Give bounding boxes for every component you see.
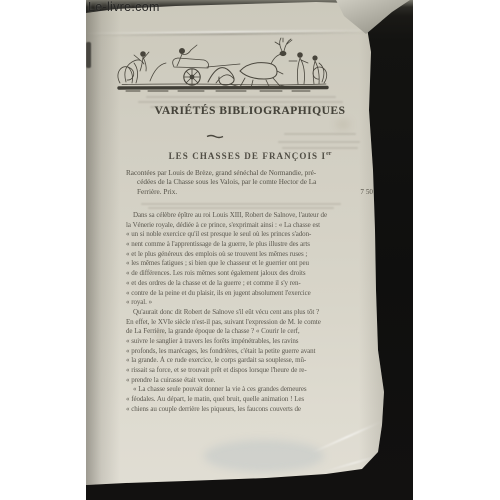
- body-line: « suivre le sanglier à travers les forêt…: [126, 337, 375, 347]
- bleedthrough-line: [148, 207, 334, 209]
- body-line: « la grande. À ce rude exercice, le corp…: [126, 356, 375, 366]
- bleedthrough-line: [146, 96, 336, 98]
- body-line: « contre de la peine et du plaisir, ils …: [126, 289, 375, 299]
- body-line: « et le plus généreux des emplois où se …: [126, 250, 375, 260]
- reference-line: Racontées par Louis de Brèze, grand séné…: [126, 169, 375, 178]
- reference-line: Ferrière. Prix. 7 50: [126, 188, 375, 197]
- spine-edge-mark: [86, 42, 91, 68]
- body-line: Qu'aurait donc dit Robert de Salnove s'i…: [126, 308, 375, 318]
- body-line: « de différences. Les rois mêmes sont ég…: [126, 269, 375, 279]
- bleedthrough-line: [278, 141, 360, 143]
- bleedthrough-line: [141, 203, 341, 205]
- bibliographic-reference: Racontées par Louis de Brèze, grand séné…: [126, 169, 375, 197]
- body-line: Dans sa célèbre épître au roi Louis XIII…: [126, 211, 375, 221]
- book-page-photo: VARIÉTÉS BIBLIOGRAPHIQUES LES CHASSES DE…: [86, 0, 413, 500]
- article-title: LES CHASSES DE FRANÇOIS Ier: [126, 151, 374, 161]
- reference-line: cédées de la Chasse sous les Valois, par…: [126, 178, 375, 187]
- article-body: Dans sa célèbre épître au roi Louis XIII…: [126, 211, 375, 414]
- typographic-dash-icon: [206, 134, 224, 139]
- body-line: « et des ordres de la chasse et de la gu…: [126, 279, 375, 289]
- reference-line-text: Ferrière. Prix.: [137, 188, 177, 197]
- listing-photo-canvas: VARIÉTÉS BIBLIOGRAPHIQUES LES CHASSES DE…: [0, 0, 500, 500]
- body-line: « rissait sa force, et se trouvait prêt …: [126, 366, 375, 376]
- price-label: 7 50: [360, 188, 375, 197]
- watermark-text: Le-livre.com: [88, 0, 160, 14]
- body-line: « féodales. Au départ, le matin, quel br…: [126, 395, 375, 405]
- body-line: « un si noble exercice qu'il est presque…: [126, 230, 375, 240]
- article-title-ordinal: er: [326, 151, 331, 157]
- body-line: « La chasse seule pouvait donner la vie …: [126, 385, 375, 395]
- hunting-chariot-engraving-icon: [112, 37, 334, 95]
- paper-stain: [204, 440, 324, 472]
- corner-crease: [311, 420, 383, 454]
- body-line: de La Ferrière, la grande époque de la c…: [126, 327, 375, 337]
- bleedthrough-line: [282, 147, 358, 149]
- corner-crease-2: [323, 453, 385, 473]
- body-line: « les mêmes fatigues ; si bien que le ch…: [126, 259, 375, 269]
- body-line: « nent comme à l'apprentissage de la gue…: [126, 240, 375, 250]
- masthead-title: VARIÉTÉS BIBLIOGRAPHIQUES: [126, 105, 374, 117]
- bleedthrough-line: [138, 101, 343, 103]
- body-line: la Vénerie royale, dédiée à ce prince, s…: [126, 221, 375, 231]
- body-line: « prendre la cuirasse était venue.: [126, 376, 375, 386]
- body-line: « profonds, les marécages, les fondrière…: [126, 347, 375, 357]
- body-line: « royal. »: [126, 298, 375, 308]
- foxing-dot-2: [336, 120, 350, 129]
- body-line: « chiens au couple derrière les piqueurs…: [126, 405, 375, 415]
- body-line: En effet, le XVIe siècle n'est-il pas, s…: [126, 318, 375, 328]
- paper-page: VARIÉTÉS BIBLIOGRAPHIQUES LES CHASSES DE…: [86, 0, 413, 500]
- bleedthrough-line: [284, 133, 356, 135]
- article-title-text: LES CHASSES DE FRANÇOIS I: [169, 151, 327, 161]
